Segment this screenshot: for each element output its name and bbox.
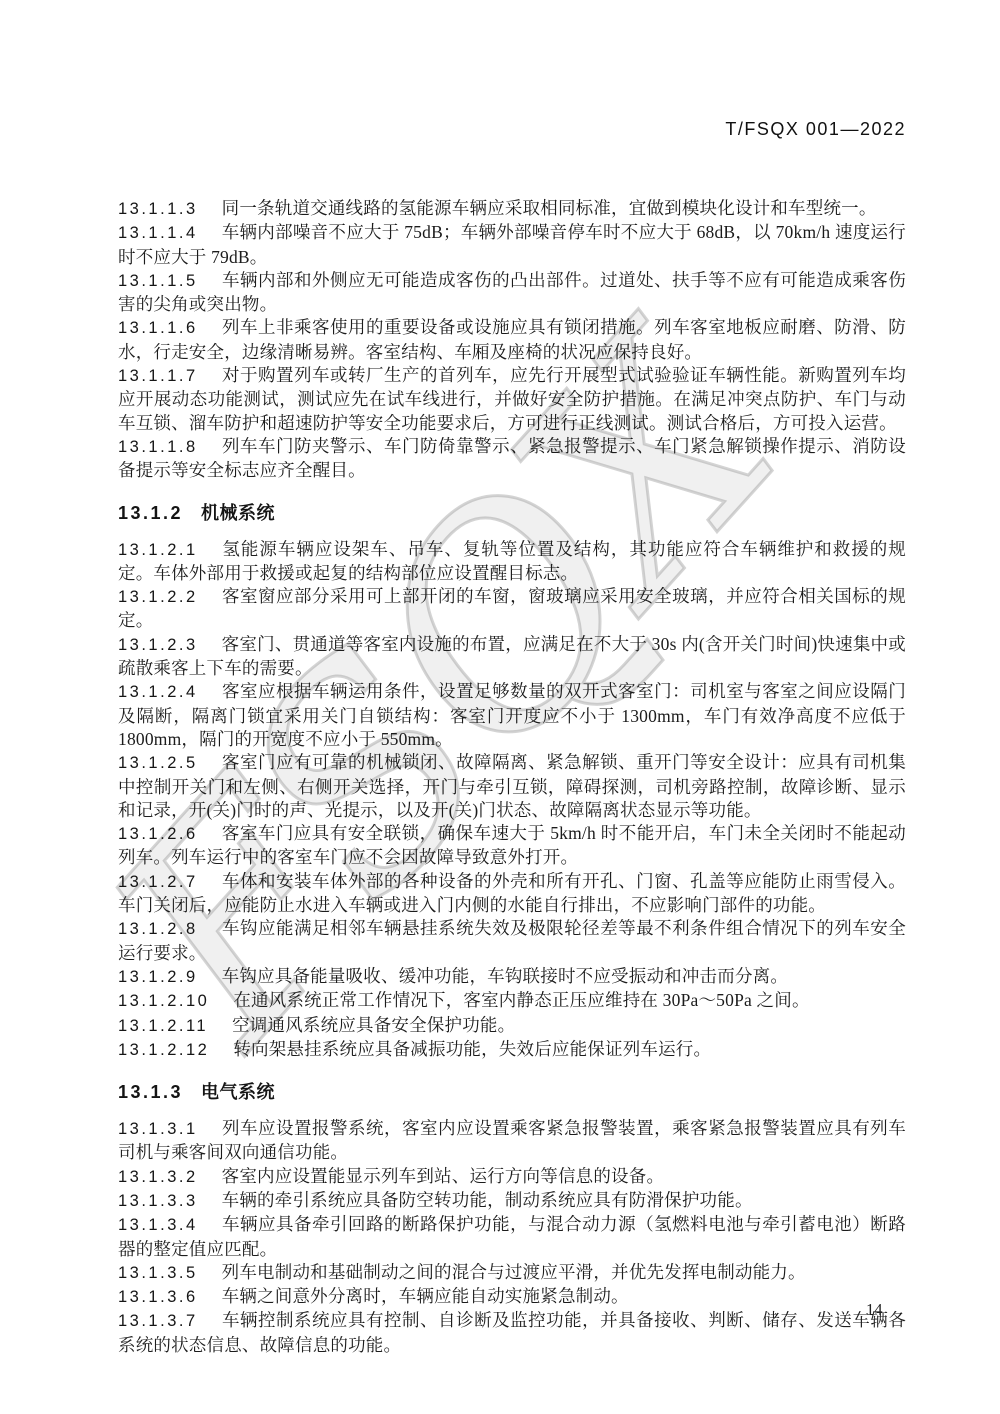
clause-text: 列车车门防夹警示、车门防倚靠警示、紧急报警提示、车门紧急解锁操作提示、消防设备提… [118, 436, 906, 480]
clause-13.1.1.4: 13.1.1.4车辆内部噪音不应大于 75dB；车辆外部噪音停车时不应大于 68… [118, 221, 906, 269]
clause-text: 同一条轨道交通线路的氢能源车辆应采取相同标准，宜做到模块化设计和车型统一。 [222, 198, 877, 218]
clause-13.1.2.6: 13.1.2.6客室车门应具有安全联锁，确保车速大于 5km/h 时不能开启，车… [118, 822, 906, 870]
document-page: { "page": { "header": "T/FSQX 001—2022",… [0, 0, 1000, 1414]
heading-title: 机械系统 [201, 503, 275, 523]
clause-text: 车辆内部噪音不应大于 75dB；车辆外部噪音停车时不应大于 68dB，以 70k… [118, 222, 906, 266]
clause-number: 13.1.3.6 [118, 1288, 222, 1306]
clause-text: 转向架悬挂系统应具备减振功能，失效后应能保证列车运行。 [233, 1039, 711, 1059]
clause-text: 车辆控制系统应具有控制、自诊断及监控功能，并具备接收、判断、储存、发送车辆各系统… [118, 1310, 906, 1354]
clause-13.1.1.5: 13.1.1.5车辆内部和外侧应无可能造成客伤的凸出部件。过道处、扶手等不应有可… [118, 269, 906, 317]
clause-13.1.1.3: 13.1.1.3同一条轨道交通线路的氢能源车辆应采取相同标准，宜做到模块化设计和… [118, 197, 906, 221]
clause-13.1.1.6: 13.1.1.6列车上非乘客使用的重要设备或设施应具有锁闭措施。列车客室地板应耐… [118, 316, 906, 364]
clause-text: 车钩应具备能量吸收、缓冲功能，车钩联接时不应受振动和冲击而分离。 [222, 966, 788, 986]
clause-text: 客室窗应部分采用可上部开闭的车窗，窗玻璃应采用安全玻璃，并应符合相关国标的规定。 [118, 586, 906, 630]
clause-number: 13.1.3.7 [118, 1312, 222, 1330]
clause-13.1.2.3: 13.1.2.3客室门、贯通道等客室内设施的布置，应满足在不大于 30s 内(含… [118, 633, 906, 681]
clause-13.1.3.6: 13.1.3.6车辆之间意外分离时，车辆应能自动实施紧急制动。 [118, 1285, 906, 1309]
clause-number: 13.1.3.4 [118, 1216, 222, 1234]
document-body: 13.1.1.3同一条轨道交通线路的氢能源车辆应采取相同标准，宜做到模块化设计和… [118, 197, 906, 1357]
clause-number: 13.1.2.8 [118, 920, 222, 938]
clause-number: 13.1.2.12 [118, 1041, 233, 1059]
clause-number: 13.1.2.9 [118, 968, 222, 986]
clause-13.1.2.7: 13.1.2.7车体和安装车体外部的各种设备的外壳和所有开孔、门窗、孔盖等应能防… [118, 870, 906, 918]
heading-title: 电气系统 [201, 1082, 275, 1102]
clause-number: 13.1.2.11 [118, 1017, 232, 1035]
clause-13.1.2.8: 13.1.2.8车钩应能满足相邻车辆悬挂系统失效及极限轮径差等最不利条件组合情况… [118, 917, 906, 965]
clause-13.1.3.1: 13.1.3.1列车应设置报警系统，客室内应设置乘客紧急报警装置，乘客紧急报警装… [118, 1117, 906, 1165]
clause-text: 客室车门应具有安全联锁，确保车速大于 5km/h 时不能开启，车门未全关闭时不能… [118, 823, 906, 867]
clause-text: 客室门应有可靠的机械锁闭、故障隔离、紧急解锁、重开门等安全设计：应具有司机集中控… [118, 752, 906, 820]
clause-number: 13.1.1.4 [118, 224, 222, 242]
clause-13.1.1.8: 13.1.1.8列车车门防夹警示、车门防倚靠警示、紧急报警提示、车门紧急解锁操作… [118, 435, 906, 483]
clause-13.1.2.1: 13.1.2.1氢能源车辆应设架车、吊车、复轨等位置及结构，其功能应符合车辆维护… [118, 538, 906, 586]
clause-number: 13.1.2.10 [118, 992, 233, 1010]
clause-text: 车辆的牵引系统应具备防空转功能，制动系统应具有防滑保护功能。 [222, 1190, 753, 1210]
clause-text: 车体和安装车体外部的各种设备的外壳和所有开孔、门窗、孔盖等应能防止雨雪侵入。车门… [118, 871, 906, 915]
clause-13.1.3.4: 13.1.3.4车辆应具备牵引回路的断路保护功能，与混合动力源（氢燃料电池与牵引… [118, 1213, 906, 1261]
clause-number: 13.1.2.5 [118, 754, 222, 772]
clause-13.1.1.7: 13.1.1.7对于购置列车或转厂生产的首列车，应先行开展型式试验验证车辆性能。… [118, 364, 906, 435]
clause-text: 列车电制动和基础制动之间的混合与过渡应平滑，并优先发挥电制动能力。 [222, 1262, 806, 1282]
clause-number: 13.1.2.2 [118, 588, 222, 606]
clause-13.1.2.4: 13.1.2.4客室应根据车辆运用条件，设置足够数量的双开式客室门：司机室与客室… [118, 680, 906, 751]
clause-text: 车钩应能满足相邻车辆悬挂系统失效及极限轮径差等最不利条件组合情况下的列车安全运行… [118, 918, 906, 962]
clause-text: 客室内应设置能显示列车到站、运行方向等信息的设备。 [222, 1166, 665, 1186]
clause-number: 13.1.2.7 [118, 873, 222, 891]
clause-number: 13.1.2.4 [118, 683, 222, 701]
clause-13.1.3.5: 13.1.3.5列车电制动和基础制动之间的混合与过渡应平滑，并优先发挥电制动能力… [118, 1261, 906, 1285]
clause-text: 客室应根据车辆运用条件，设置足够数量的双开式客室门：司机室与客室之间应设隔门及隔… [118, 681, 906, 749]
clause-text: 车辆应具备牵引回路的断路保护功能，与混合动力源（氢燃料电池与牵引蓄电池）断路器的… [118, 1214, 906, 1258]
clause-number: 13.1.1.7 [118, 367, 222, 385]
clause-13.1.2.11: 13.1.2.11空调通风系统应具备安全保护功能。 [118, 1014, 906, 1038]
clause-number: 13.1.2.3 [118, 636, 222, 654]
clause-number: 13.1.1.8 [118, 438, 222, 456]
clause-13.1.2.9: 13.1.2.9车钩应具备能量吸收、缓冲功能，车钩联接时不应受振动和冲击而分离。 [118, 965, 906, 989]
heading-number: 13.1.3 [118, 1082, 201, 1102]
clause-text: 车辆之间意外分离时，车辆应能自动实施紧急制动。 [222, 1286, 629, 1306]
clause-text: 车辆内部和外侧应无可能造成客伤的凸出部件。过道处、扶手等不应有可能造成乘客伤害的… [118, 270, 906, 314]
clause-number: 13.1.3.1 [118, 1120, 222, 1138]
clause-13.1.3.2: 13.1.3.2客室内应设置能显示列车到站、运行方向等信息的设备。 [118, 1165, 906, 1189]
page-number: 14 [866, 1300, 883, 1320]
section-heading-13.1.3: 13.1.3电气系统 [118, 1078, 906, 1104]
clause-number: 13.1.3.5 [118, 1264, 222, 1282]
clause-number: 13.1.2.6 [118, 825, 222, 843]
clause-number: 13.1.1.5 [118, 272, 222, 290]
section-heading-13.1.2: 13.1.2机械系统 [118, 499, 906, 525]
clause-number: 13.1.1.3 [118, 200, 222, 218]
clause-13.1.3.7: 13.1.3.7车辆控制系统应具有控制、自诊断及监控功能，并具备接收、判断、储存… [118, 1309, 906, 1357]
clause-number: 13.1.1.6 [118, 319, 222, 337]
clause-13.1.3.3: 13.1.3.3车辆的牵引系统应具备防空转功能，制动系统应具有防滑保护功能。 [118, 1189, 906, 1213]
clause-13.1.2.5: 13.1.2.5客室门应有可靠的机械锁闭、故障隔离、紧急解锁、重开门等安全设计：… [118, 751, 906, 822]
clause-text: 对于购置列车或转厂生产的首列车，应先行开展型式试验验证车辆性能。新购置列车均应开… [118, 365, 906, 433]
document-code-header: T/FSQX 001—2022 [725, 119, 906, 140]
clause-text: 在通风系统正常工作情况下，客室内静态正压应维持在 30Pa～50Pa 之间。 [233, 990, 809, 1010]
heading-number: 13.1.2 [118, 503, 201, 523]
clause-text: 客室门、贯通道等客室内设施的布置，应满足在不大于 30s 内(含开关门时间)快速… [118, 634, 906, 678]
clause-13.1.2.10: 13.1.2.10在通风系统正常工作情况下，客室内静态正压应维持在 30Pa～5… [118, 989, 906, 1013]
clause-text: 空调通风系统应具备安全保护功能。 [232, 1015, 515, 1035]
clause-text: 列车应设置报警系统，客室内应设置乘客紧急报警装置，乘客紧急报警装置应具有列车司机… [118, 1118, 906, 1162]
clause-text: 氢能源车辆应设架车、吊车、复轨等位置及结构，其功能应符合车辆维护和救援的规定。车… [118, 539, 906, 583]
clause-number: 13.1.2.1 [118, 541, 222, 559]
clause-13.1.2.2: 13.1.2.2客室窗应部分采用可上部开闭的车窗，窗玻璃应采用安全玻璃，并应符合… [118, 585, 906, 633]
clause-number: 13.1.3.2 [118, 1168, 222, 1186]
clause-number: 13.1.3.3 [118, 1192, 222, 1210]
clause-13.1.2.12: 13.1.2.12转向架悬挂系统应具备减振功能，失效后应能保证列车运行。 [118, 1038, 906, 1062]
clause-text: 列车上非乘客使用的重要设备或设施应具有锁闭措施。列车客室地板应耐磨、防滑、防水，… [118, 317, 906, 361]
